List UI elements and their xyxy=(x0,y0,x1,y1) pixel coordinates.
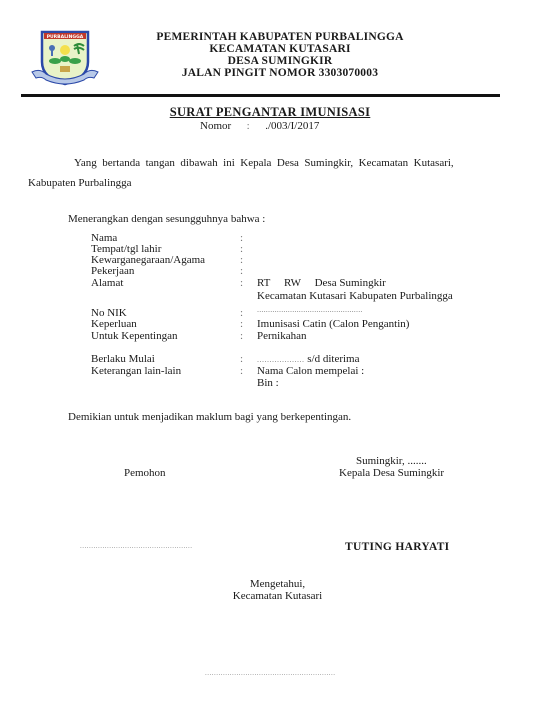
field-label-purpose: Keperluan xyxy=(91,318,137,330)
field-label-notes: Keterangan lain-lain xyxy=(91,365,181,377)
field-label-valid-from: Berlaku Mulai xyxy=(91,353,155,365)
field-label-occupation: Pekerjaan xyxy=(91,265,134,277)
number-label: Nomor xyxy=(200,120,231,132)
purbalingga-regency-emblem-icon: PURBALINGGA xyxy=(30,28,100,88)
header-divider xyxy=(21,94,500,97)
field-value-nik: ........................................… xyxy=(257,305,363,314)
statement-text: Menerangkan dengan sesungguhnya bahwa : xyxy=(68,213,265,225)
village-head-name: TUTING HARYATI xyxy=(345,541,449,553)
field-label-address: Alamat xyxy=(91,277,123,289)
intro-paragraph-line1: Yang bertanda tangan dibawah ini Kepala … xyxy=(74,157,454,169)
regency-emblem-logo: PURBALINGGA xyxy=(30,28,100,88)
intro-paragraph-line2: Kabupaten Purbalingga xyxy=(28,177,132,189)
header-line-district: KECAMATAN KUTASARI xyxy=(130,43,430,55)
place-date: Sumingkir, ....... xyxy=(356,455,427,467)
village-head-label: Kepala Desa Sumingkir xyxy=(339,467,444,479)
number-separator: : xyxy=(247,120,250,132)
document-number: Nomor : ./003/I/2017 xyxy=(200,120,319,132)
district-signature-line: ........................................… xyxy=(205,669,336,677)
header-line-address: JALAN PINGIT NOMOR 3303070003 xyxy=(130,67,430,79)
header-line-government: PEMERINTAH KABUPATEN PURBALINGGA xyxy=(130,31,430,43)
field-separator: : xyxy=(240,353,243,365)
svg-text:PURBALINGGA: PURBALINGGA xyxy=(47,34,84,40)
field-separator: : xyxy=(240,330,243,342)
document-title: SURAT PENGANTAR IMUNISASI xyxy=(130,105,410,120)
field-separator: : xyxy=(240,365,243,377)
field-separator: : xyxy=(240,318,243,330)
valid-until-text: s/d diterima xyxy=(305,353,360,365)
field-label-interest: Untuk Kepentingan xyxy=(91,330,177,342)
field-value-address-line2: Kecamatan Kutasari Kabupaten Purbalingga xyxy=(257,290,453,302)
header-line-village: DESA SUMINGKIR xyxy=(130,55,430,67)
acknowledging-office: Kecamatan Kutasari xyxy=(150,590,405,602)
valid-from-placeholder: ................... xyxy=(257,355,305,364)
applicant-label: Pemohon xyxy=(124,467,166,479)
field-value-notes: Nama Calon mempelai : xyxy=(257,365,364,377)
number-value: ./003/I/2017 xyxy=(265,120,319,132)
acknowledged-label: Mengetahui, xyxy=(150,578,405,590)
field-value-notes-line2: Bin : xyxy=(257,377,279,389)
field-value-address: RT RW Desa Sumingkir xyxy=(257,277,386,289)
field-separator: : xyxy=(240,277,243,289)
field-value-valid-from: ................... s/d diterima xyxy=(257,353,360,365)
field-value-interest: Pernikahan xyxy=(257,330,306,342)
closing-text: Demikian untuk menjadikan maklum bagi ya… xyxy=(68,411,351,423)
field-value-purpose: Imunisasi Catin (Calon Pengantin) xyxy=(257,318,409,330)
field-separator: : xyxy=(240,265,243,277)
applicant-signature-line: ........................................… xyxy=(80,542,193,550)
